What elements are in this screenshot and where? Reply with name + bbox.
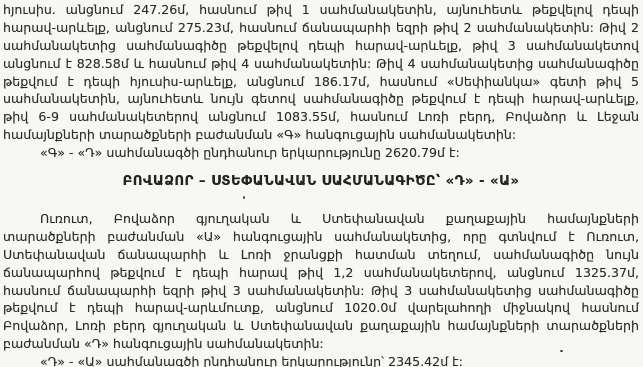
text-line: համայնքների տարածքների բաժանման «Գ» հանգ… xyxy=(3,126,639,144)
section-heading: ԲՈՎԱՁՈՐ – ՍՏԵՓԱՆԱՎԱՆ ՍԱՀՄԱՆԱԳԻԾԸ՝ «Դ» - … xyxy=(3,173,639,191)
scan-artifact-speck xyxy=(243,196,245,199)
total-length-line-d-a: «Դ» - «Ա» սահմանագծի ընդհանուր երկարությ… xyxy=(3,353,639,367)
text-line: հարավ-արևելք, անցնում 275.23մ, հասնում ճ… xyxy=(3,19,639,37)
scan-artifact-speck xyxy=(560,350,563,352)
text-line: Բովաձոր, Լոռի բերդ գյուղական և Ստեփանավա… xyxy=(3,317,639,335)
text-line: բաժանման «Դ» հանգուցային սահմանակետին: xyxy=(3,335,639,353)
text-line: սահմանակետից սահմանագիծը թեքվելով դեպի հ… xyxy=(3,37,639,55)
text-line: հասնում ճանապարհի եզրի թիվ 3 սահմանակետի… xyxy=(3,282,639,300)
document-page: հյուսիս. անցնում 247.26մ, հասնում թիվ 1 … xyxy=(0,0,643,367)
text-line: տարածքների բաժանման «Ա» հանգուցային սահմ… xyxy=(3,228,639,246)
total-length-line-g-d: «Գ» - «Դ» սահմանագծի ընդհանուր երկարությ… xyxy=(3,144,639,162)
paragraph-boundary-g-d: հյուսիս. անցնում 247.26մ, հասնում թիվ 1 … xyxy=(3,1,639,162)
text-line: թեքվում է դեպի հարավ-արևմուտք, անցնում 1… xyxy=(3,299,639,317)
text-line: թեքվում է դեպի հյուսիս-արևելք, անցնում 1… xyxy=(3,73,639,91)
text-line: Ստեփանավան ճանապարհի և Լոռի ջրանցքի հատմ… xyxy=(3,246,639,264)
text-line: անցնում է 828.58մ և հասնում թիվ 4 սահման… xyxy=(3,55,639,73)
text-line: հյուսիս. անցնում 247.26մ, հասնում թիվ 1 … xyxy=(3,1,639,19)
text-line: Ուռուտ, Բովաձոր գյուղական և Ստեփանավան ք… xyxy=(3,210,639,228)
text-line: ճանապարհով թեքվում է դեպի հարավ թիվ 1,2 … xyxy=(3,264,639,282)
paragraph-boundary-d-a: Ուռուտ, Բովաձոր գյուղական և Ստեփանավան ք… xyxy=(3,210,639,367)
text-line: թիվ 6-9 սահմանակետերով անցնում 1083.55մ,… xyxy=(3,108,639,126)
text-line: սահմանակետին, այնուհետև նույն գետով սահմ… xyxy=(3,90,639,108)
